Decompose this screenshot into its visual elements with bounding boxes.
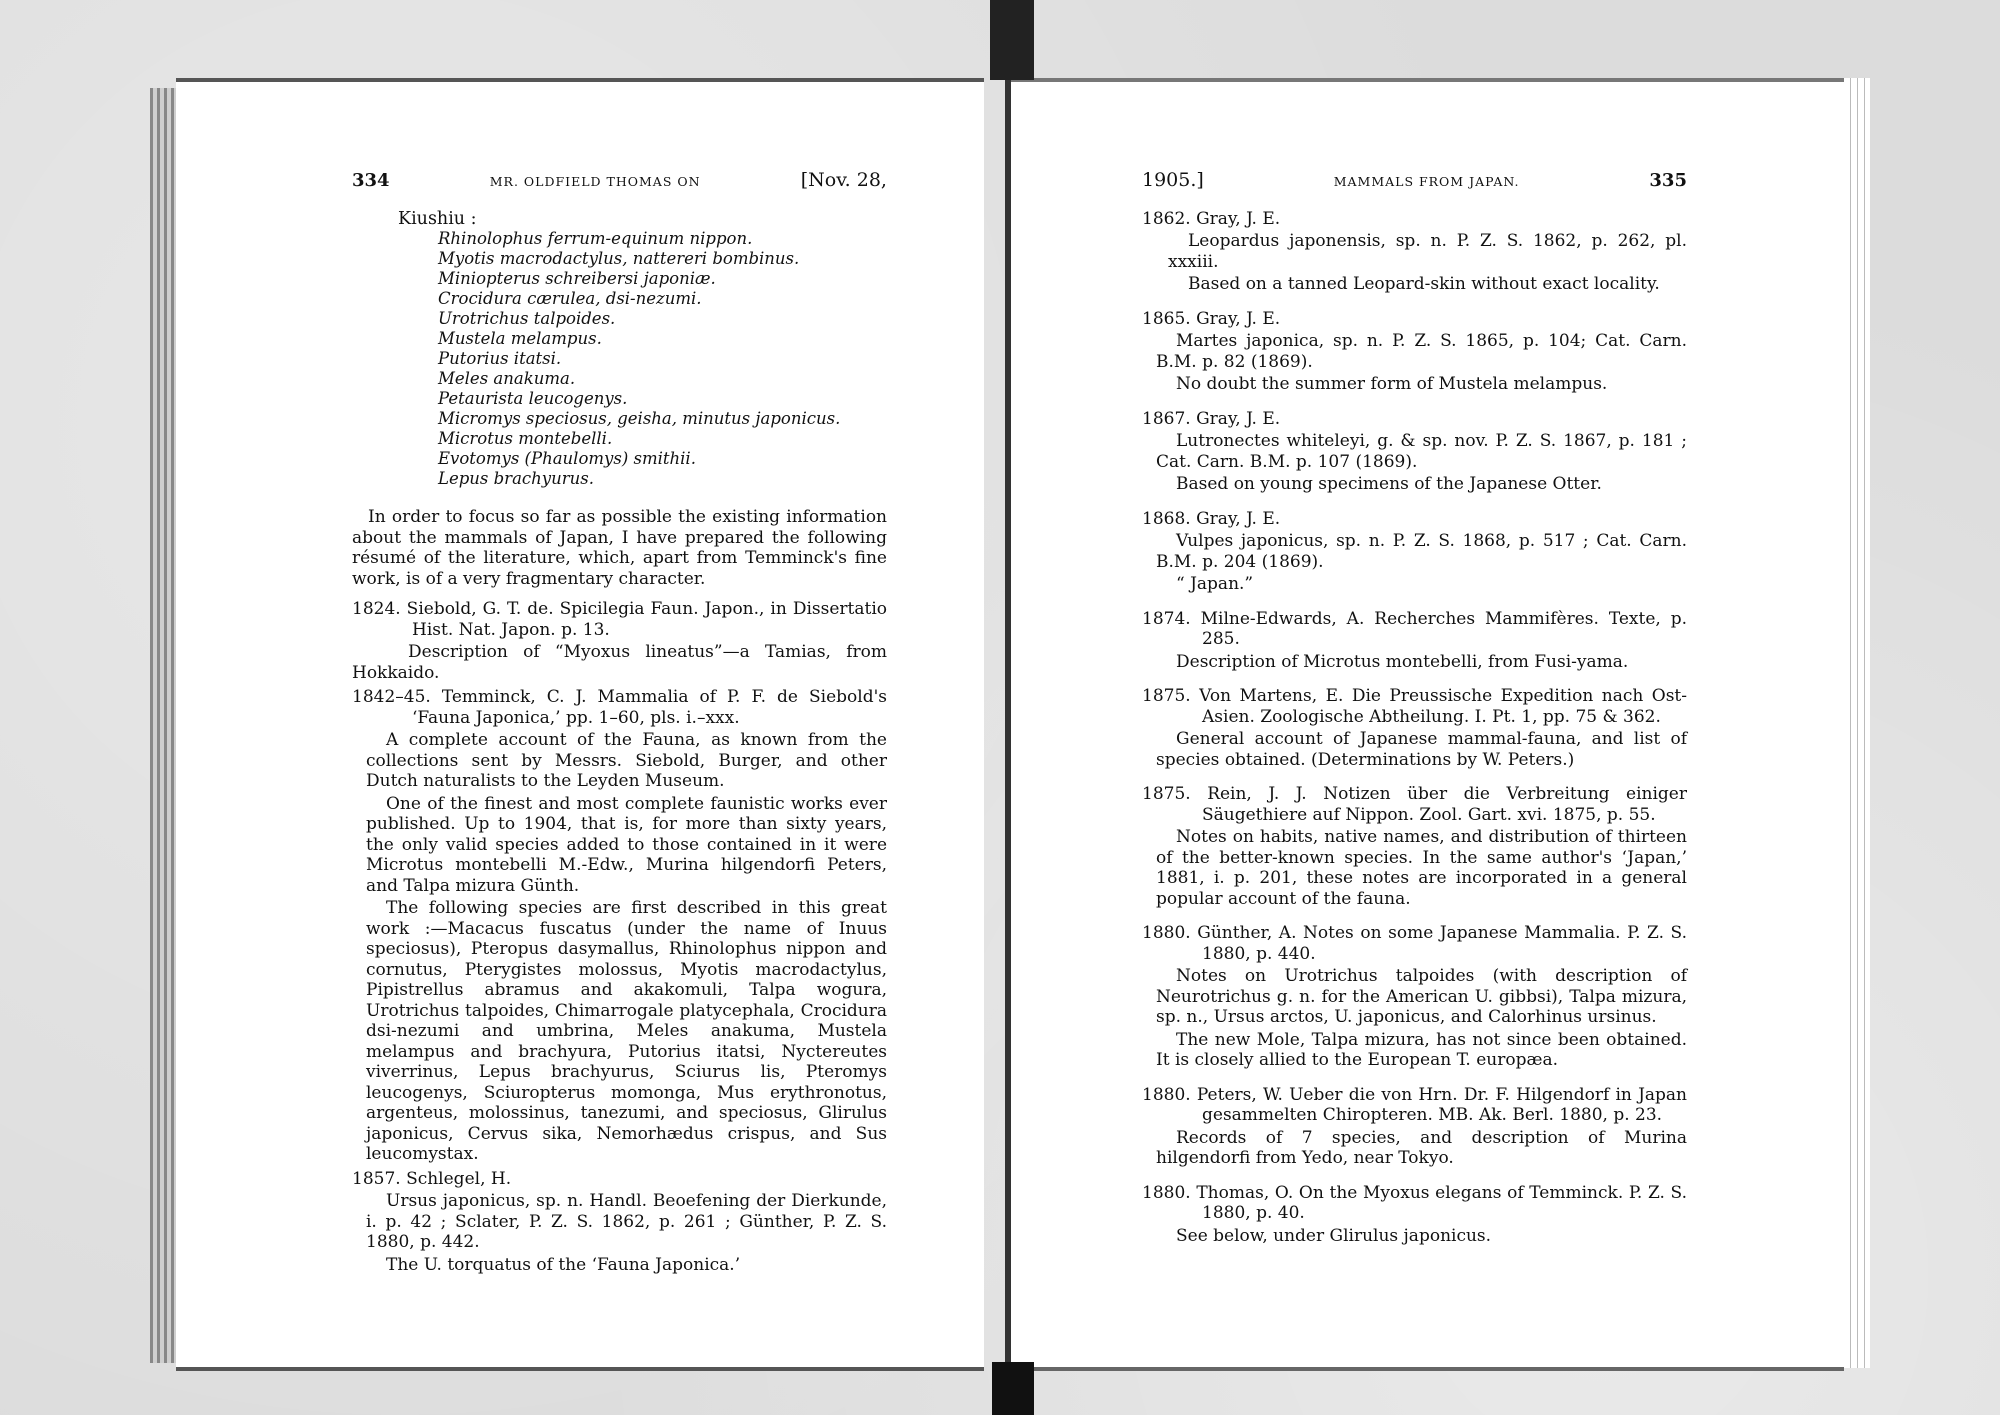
page-edges-right <box>1844 78 1870 1368</box>
book-spine-top <box>990 0 1034 80</box>
bibliography-entry: 1842–45. Temminck, C. J. Mammalia of P. … <box>352 687 887 1165</box>
entry-reference: 1880. Günther, A. Notes on some Japanese… <box>1142 923 1687 964</box>
bibliography-entry: 1880. Günther, A. Notes on some Japanese… <box>1142 923 1687 1071</box>
entry-reference: 1842–45. Temminck, C. J. Mammalia of P. … <box>352 687 887 728</box>
entry-reference: 1875. Rein, J. J. Notizen über die Verbr… <box>1142 784 1687 825</box>
entry-reference: 1868. Gray, J. E. <box>1142 509 1687 530</box>
bibliography-entry: 1880. Peters, W. Ueber die von Hrn. Dr. … <box>1142 1085 1687 1169</box>
bibliography-entry: 1867. Gray, J. E. Lutronectes whiteleyi,… <box>1142 409 1687 495</box>
species-item: Mustela melampus. <box>438 329 887 349</box>
entry-reference: 1824. Siebold, G. T. de. Spicilegia Faun… <box>352 599 887 640</box>
species-item: Meles anakuma. <box>438 369 887 389</box>
species-item: Myotis macrodactylus, nattereri bombinus… <box>438 249 887 269</box>
entry-note: No doubt the summer form of Mustela mela… <box>1142 374 1687 395</box>
date-head: 1905.] <box>1142 170 1204 191</box>
entry-reference: 1880. Peters, W. Ueber die von Hrn. Dr. … <box>1142 1085 1687 1126</box>
date-head: [Nov. 28, <box>801 170 887 191</box>
entry-subreference: Lutronectes whiteleyi, g. & sp. nov. P. … <box>1142 431 1687 472</box>
bibliography-entry: 1880. Thomas, O. On the Myoxus elegans o… <box>1142 1183 1687 1247</box>
entry-note: Notes on habits, native names, and distr… <box>1142 827 1687 909</box>
species-item: Micromys speciosus, geisha, minutus japo… <box>438 409 887 429</box>
page-number: 335 <box>1649 171 1687 192</box>
region-heading: Kiushiu : <box>398 209 887 230</box>
bibliography-entry: 1865. Gray, J. E. Martes japonica, sp. n… <box>1142 309 1687 395</box>
bibliography-entry: 1824. Siebold, G. T. de. Spicilegia Faun… <box>352 599 887 683</box>
book-spine-bottom <box>992 1362 1034 1415</box>
entry-note: Records of 7 species, and description of… <box>1142 1128 1687 1169</box>
book-gutter <box>1005 80 1011 1365</box>
species-item: Lepus brachyurus. <box>438 469 887 489</box>
page-number: 334 <box>352 171 390 192</box>
entry-subreference: Vulpes japonicus, sp. n. P. Z. S. 1868, … <box>1142 531 1687 572</box>
species-item: Evotomys (Phaulomys) smithii. <box>438 449 887 469</box>
bibliography-entry: 1857. Schlegel, H. Ursus japonicus, sp. … <box>352 1169 887 1276</box>
entry-note: Based on young specimens of the Japanese… <box>1142 474 1687 495</box>
species-item: Crocidura cærulea, dsi-nezumi. <box>438 289 887 309</box>
entry-note: The U. torquatus of the ‘Fauna Japonica.… <box>352 1255 887 1276</box>
entry-reference: 1862. Gray, J. E. <box>1142 209 1687 230</box>
bibliography-entry: 1862. Gray, J. E. Leopardus japonensis, … <box>1142 209 1687 295</box>
entry-note: “ Japan.” <box>1142 574 1687 595</box>
species-item: Urotrichus talpoides. <box>438 309 887 329</box>
right-page-content: 1905.] MAMMALS FROM JAPAN. 335 1862. Gra… <box>1142 170 1687 1246</box>
entry-note: A complete account of the Fauna, as know… <box>352 730 887 792</box>
page-edges-left <box>150 88 176 1363</box>
entry-reference: 1874. Milne-Edwards, A. Recherches Mammi… <box>1142 609 1687 650</box>
entry-note: The new Mole, Talpa mizura, has not sinc… <box>1142 1030 1687 1071</box>
entry-subreference: Martes japonica, sp. n. P. Z. S. 1865, p… <box>1142 331 1687 372</box>
entry-note: One of the finest and most complete faun… <box>352 794 887 897</box>
entry-subreference: Leopardus japonensis, sp. n. P. Z. S. 18… <box>1142 231 1687 272</box>
species-item: Microtus montebelli. <box>438 429 887 449</box>
bibliography-entry: 1875. Von Martens, E. Die Preussische Ex… <box>1142 686 1687 770</box>
bibliography-entry: 1874. Milne-Edwards, A. Recherches Mammi… <box>1142 609 1687 673</box>
right-running-head: 1905.] MAMMALS FROM JAPAN. 335 <box>1142 170 1687 193</box>
entry-reference: 1857. Schlegel, H. <box>352 1169 887 1190</box>
species-list: Rhinolophus ferrum-equinum nippon. Myoti… <box>438 229 887 489</box>
intro-paragraph: In order to focus so far as possible the… <box>352 507 887 589</box>
entry-reference: 1875. Von Martens, E. Die Preussische Ex… <box>1142 686 1687 727</box>
entry-note: Description of “Myoxus lineatus”—a Tamia… <box>352 642 887 683</box>
running-title: MAMMALS FROM JAPAN. <box>1334 172 1520 193</box>
bibliography-entry: 1868. Gray, J. E. Vulpes japonicus, sp. … <box>1142 509 1687 595</box>
species-item: Petaurista leucogenys. <box>438 389 887 409</box>
left-page-content: 334 MR. OLDFIELD THOMAS ON [Nov. 28, Kiu… <box>352 170 887 1275</box>
entry-note: See below, under Glirulus japonicus. <box>1142 1226 1687 1247</box>
bibliography-entry: 1875. Rein, J. J. Notizen über die Verbr… <box>1142 784 1687 909</box>
entry-reference: 1880. Thomas, O. On the Myoxus elegans o… <box>1142 1183 1687 1224</box>
entry-subreference: Ursus japonicus, sp. n. Handl. Beoefenin… <box>352 1191 887 1253</box>
species-item: Putorius itatsi. <box>438 349 887 369</box>
entry-note: General account of Japanese mammal-fauna… <box>1142 729 1687 770</box>
species-item: Rhinolophus ferrum-equinum nippon. <box>438 229 887 249</box>
entry-note: Description of Microtus montebelli, from… <box>1142 652 1687 673</box>
running-title: MR. OLDFIELD THOMAS ON <box>490 172 701 193</box>
entry-reference: 1865. Gray, J. E. <box>1142 309 1687 330</box>
entry-reference: 1867. Gray, J. E. <box>1142 409 1687 430</box>
left-running-head: 334 MR. OLDFIELD THOMAS ON [Nov. 28, <box>352 170 887 193</box>
species-item: Miniopterus schreibersi japoniæ. <box>438 269 887 289</box>
entry-note: Notes on Urotrichus talpoides (with desc… <box>1142 966 1687 1028</box>
entry-note: Based on a tanned Leopard-skin without e… <box>1142 274 1687 295</box>
entry-note: The following species are first describe… <box>352 898 887 1165</box>
